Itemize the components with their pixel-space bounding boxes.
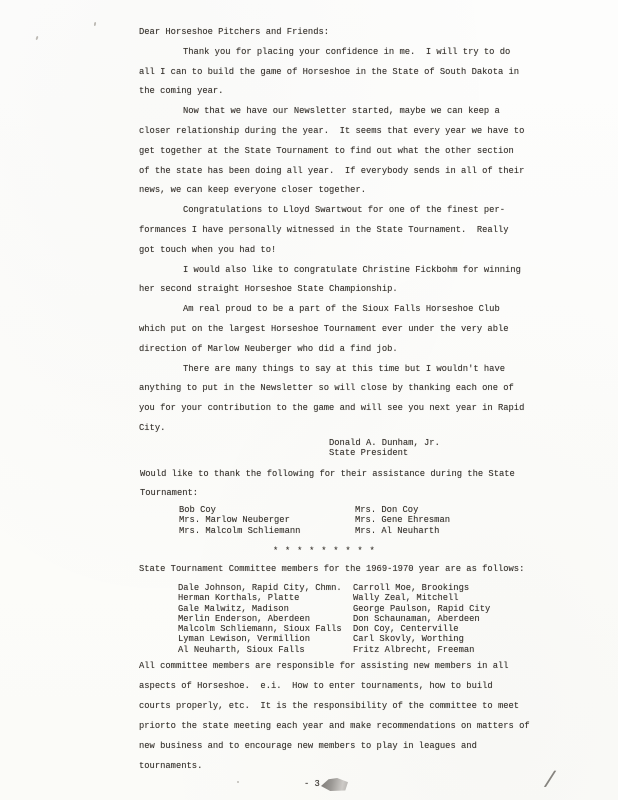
committee-member: Carroll Moe, Brookings (353, 583, 490, 593)
letter-line: Am real proud to be a part of the Sioux … (139, 304, 539, 324)
committee-member: Don Schaunaman, Aberdeen (353, 614, 490, 624)
closing-line: new business and to encourage new member… (139, 741, 530, 761)
thanks-name: Mrs. Don Coy (355, 505, 450, 515)
committee-list-right: Carroll Moe, BrookingsWally Zeal, Mitche… (353, 583, 490, 655)
thanks-name: Bob Coy (179, 505, 300, 515)
closing-line: tournaments. (139, 761, 530, 781)
committee-member: Al Neuharth, Sioux Falls (178, 645, 342, 655)
scan-speck (94, 22, 97, 26)
letter-line: you for your contribution to the game an… (139, 403, 539, 423)
letter-line: of the state has been doing all year. If… (139, 166, 539, 186)
committee-intro: State Tournament Committee members for t… (139, 564, 524, 574)
committee-list-left: Dale Johnson, Rapid City, Chmn.Herman Ko… (178, 583, 342, 655)
letter-line: the coming year. (139, 86, 539, 106)
letter-line: direction of Marlow Neuberger who did a … (139, 344, 539, 364)
committee-member: Wally Zeal, Mitchell (353, 593, 490, 603)
thanks-list-right: Mrs. Don CoyMrs. Gene EhresmanMrs. Al Ne… (355, 505, 450, 536)
signature-block: Donald A. Dunham, Jr. State President (329, 439, 440, 458)
thanks-intro: Would like to thank the following for th… (140, 469, 515, 506)
letter-line: Thank you for placing your confidence in… (139, 47, 539, 67)
letter-body: Dear Horseshoe Pitchers and Friends:Than… (139, 27, 539, 443)
letter-line: her second straight Horseshoe State Cham… (139, 284, 539, 304)
committee-member: Merlin Enderson, Aberdeen (178, 614, 342, 624)
thanks-name: Mrs. Marlow Neuberger (179, 515, 300, 525)
letter-line: There are many things to say at this tim… (139, 364, 539, 384)
scan-speck (35, 36, 38, 40)
letter-line: Dear Horseshoe Pitchers and Friends: (139, 27, 539, 47)
closing-line: All committee members are responsible fo… (139, 661, 530, 681)
thanks-intro-line: Would like to thank the following for th… (140, 469, 515, 488)
thanks-list-left: Bob CoyMrs. Marlow NeubergerMrs. Malcolm… (179, 505, 300, 536)
thanks-name: Mrs. Malcolm Schliemann (179, 526, 300, 536)
letter-line: anything to put in the Newsletter so wil… (139, 383, 539, 403)
letter-line: closer relationship during the year. It … (139, 126, 539, 146)
thanks-name: Mrs. Gene Ehresman (355, 515, 450, 525)
scan-speck (237, 781, 239, 783)
letter-line: formances I have personally witnessed in… (139, 225, 539, 245)
committee-member: Gale Malwitz, Madison (178, 604, 342, 614)
letter-line: Now that we have our Newsletter started,… (139, 106, 539, 126)
letter-line: which put on the largest Horseshoe Tourn… (139, 324, 539, 344)
closing-line: courts properly, etc. It is the responsi… (139, 701, 530, 721)
closing-line: priorto the state meeting each year and … (139, 721, 530, 741)
letter-line: get together at the State Tournament to … (139, 146, 539, 166)
committee-member: Carl Skovly, Worthing (353, 634, 490, 644)
page-number: - 3 (304, 779, 320, 789)
closing-paragraph: All committee members are responsible fo… (139, 661, 530, 781)
committee-member: Lyman Lewison, Vermillion (178, 634, 342, 644)
thanks-name: Mrs. Al Neuharth (355, 526, 450, 536)
committee-member: Don Coy, Centerville (353, 624, 490, 634)
closing-line: aspects of Horseshoe. e.i. How to enter … (139, 681, 530, 701)
asterisk-separator: * * * * * * * * * (273, 546, 376, 556)
thanks-intro-line: Tournament: (140, 488, 515, 507)
letter-line: news, we can keep everyone closer togeth… (139, 185, 539, 205)
letter-line: I would also like to congratulate Christ… (139, 265, 539, 285)
committee-member: Malcolm Schliemann, Sioux Falls (178, 624, 342, 634)
letter-line: got touch when you had to! (139, 245, 539, 265)
letter-line: all I can to build the game of Horseshoe… (139, 67, 539, 87)
letter-line: Congratulations to Lloyd Swartwout for o… (139, 205, 539, 225)
signature-title: State President (329, 449, 440, 459)
handwritten-slash-mark: / (542, 768, 558, 795)
committee-member: Fritz Albrecht, Freeman (353, 645, 490, 655)
committee-member: Herman Korthals, Platte (178, 593, 342, 603)
committee-member: George Paulson, Rapid City (353, 604, 490, 614)
scanned-letter-page: Dear Horseshoe Pitchers and Friends:Than… (0, 0, 618, 800)
committee-member: Dale Johnson, Rapid City, Chmn. (178, 583, 342, 593)
